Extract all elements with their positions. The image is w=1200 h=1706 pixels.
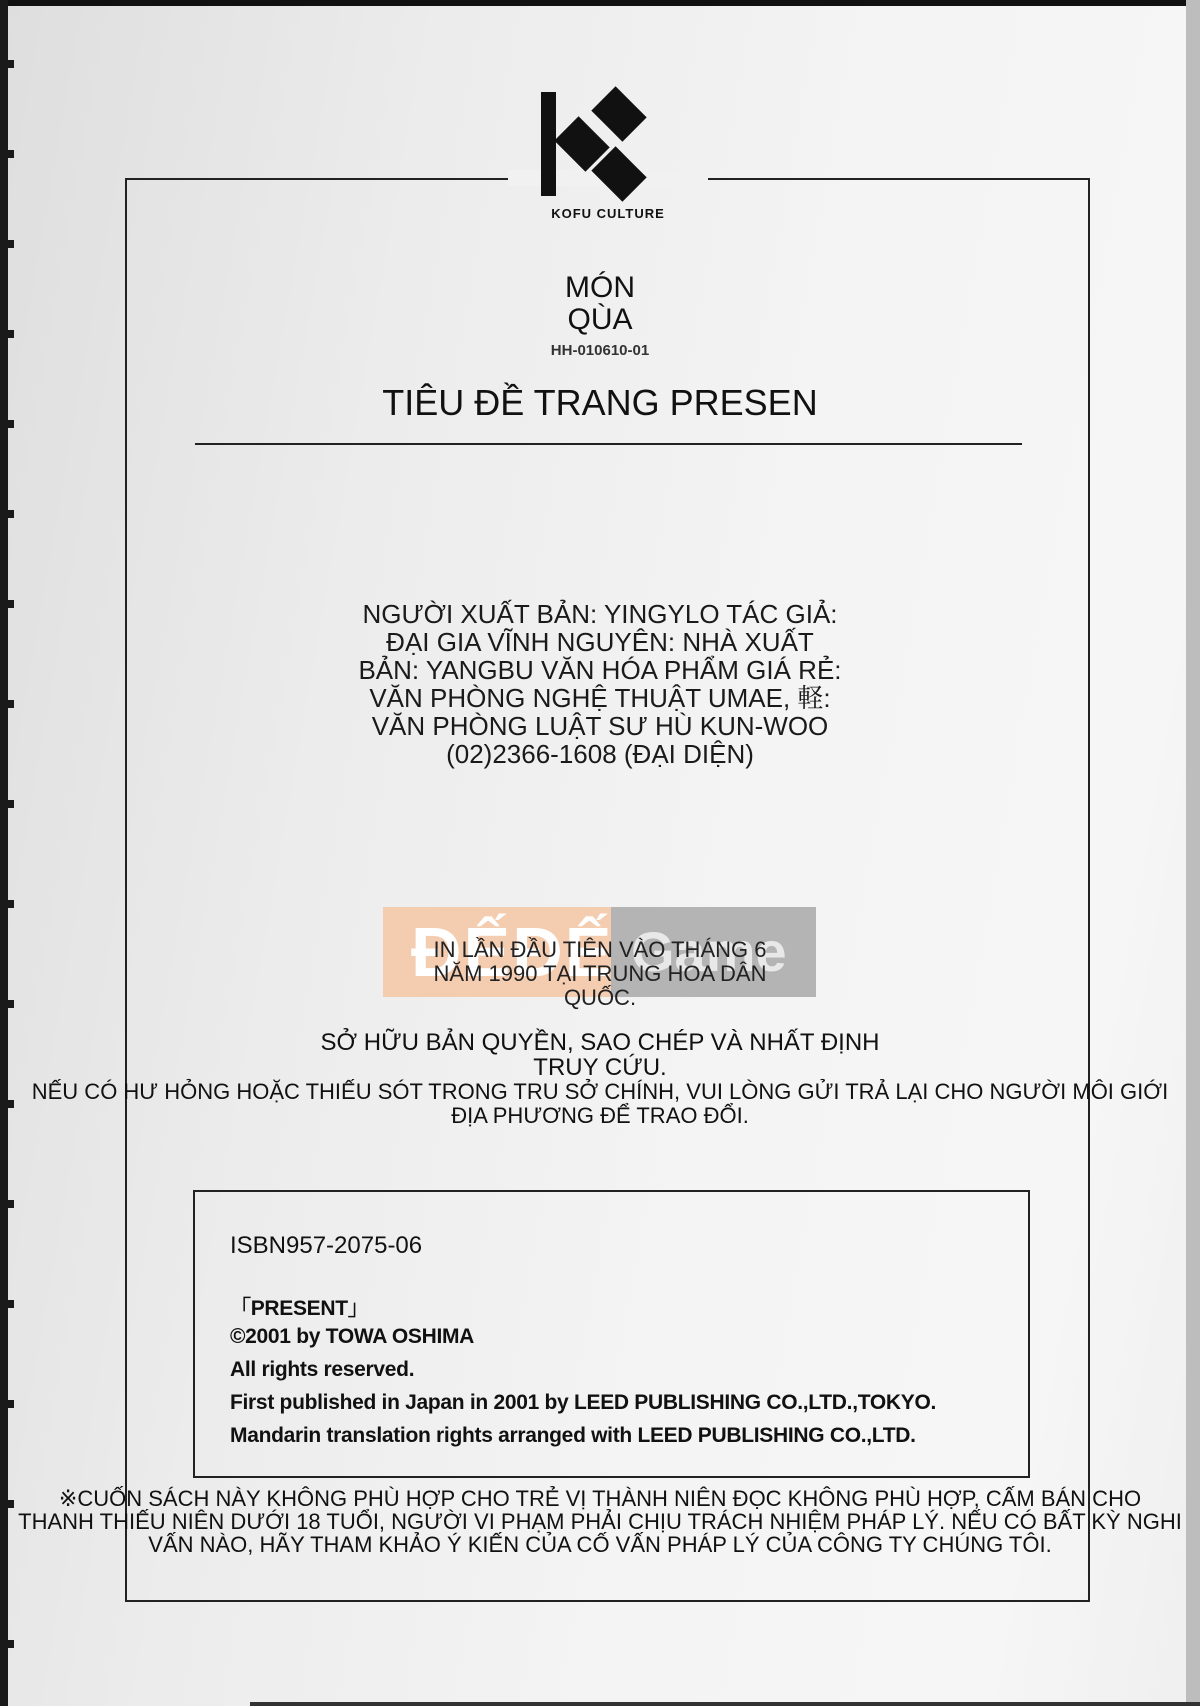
binding-notch xyxy=(0,60,14,68)
damage-line: NẾU CÓ HƯ HỎNG HOẶC THIẾU SÓT TRONG TRU … xyxy=(0,1080,1200,1104)
publisher-line: (02)2366-1608 (ĐẠI DIỆN) xyxy=(0,740,1200,768)
warning-line: VẤN NÀO, HÃY THAM KHẢO Ý KIẾN CỦA CỐ VẤN… xyxy=(0,1533,1200,1556)
binding-notch xyxy=(0,1400,14,1408)
book-title-line-2: QÙA xyxy=(0,304,1200,336)
age-warning: ※CUỐN SÁCH NÀY KHÔNG PHÙ HỢP CHO TRẺ VỊ … xyxy=(0,1487,1200,1556)
translation-rights: Mandarin translation rights arranged wit… xyxy=(230,1424,916,1448)
publisher-block: NGƯỜI XUẤT BẢN: YINGYLO TÁC GIẢ: ĐẠI GIA… xyxy=(0,600,1200,768)
all-rights-reserved: All rights reserved. xyxy=(230,1358,414,1382)
book-code: HH-010610-01 xyxy=(0,342,1200,359)
logo-brand-text: KOFU CULTURE xyxy=(533,206,683,221)
printing-line: NĂM 1990 TẠI TRUNG HOA DÂN xyxy=(0,962,1200,986)
title-divider xyxy=(195,443,1022,445)
publisher-line: NGƯỜI XUẤT BẢN: YINGYLO TÁC GIẢ: xyxy=(0,600,1200,628)
binding-notch xyxy=(0,900,14,908)
work-title: 「PRESENT」 xyxy=(230,1292,369,1322)
book-title-line-1: MÓN xyxy=(0,272,1200,304)
publisher-line: VĂN PHÒNG NGHỆ THUẬT UMAE, 軽: xyxy=(0,684,1200,712)
printing-line: QUỐC. xyxy=(0,986,1200,1010)
scanned-page: KOFU CULTURE MÓN QÙA HH-010610-01 TIÊU Đ… xyxy=(0,0,1200,1706)
copyright-box: ISBN957-2075-06 「PRESENT」 ©2001 by TOWA … xyxy=(193,1190,1030,1478)
publisher-line: VĂN PHÒNG LUẬT SƯ HÙ KUN-WOO xyxy=(0,712,1200,740)
binding-notch xyxy=(0,1640,14,1648)
rights-statement: SỞ HỮU BẢN QUYỀN, SAO CHÉP VÀ NHẤT ĐỊNH … xyxy=(0,1030,1200,1080)
publisher-line: BẢN: YANGBU VĂN HÓA PHẨM GIÁ RẺ: xyxy=(0,656,1200,684)
binding-notch xyxy=(0,240,14,248)
binding-notch xyxy=(0,1300,14,1308)
printing-info: IN LẦN ĐẦU TIÊN VÀO THÁNG 6 NĂM 1990 TẠI… xyxy=(0,938,1200,1010)
binding-notch xyxy=(0,1200,14,1208)
rights-line: TRUY CỨU. xyxy=(0,1055,1200,1080)
binding-notch xyxy=(0,510,14,518)
page-left-edge xyxy=(0,0,8,1706)
damage-notice: NẾU CÓ HƯ HỎNG HOẶC THIẾU SÓT TRONG TRU … xyxy=(0,1080,1200,1128)
warning-line: ※CUỐN SÁCH NÀY KHÔNG PHÙ HỢP CHO TRẺ VỊ … xyxy=(0,1487,1200,1510)
first-published: First published in Japan in 2001 by LEED… xyxy=(230,1391,936,1415)
warning-line: THANH THIẾU NIÊN DƯỚI 18 TUỔI, NGƯỜI VI … xyxy=(0,1510,1200,1533)
page-bottom-edge xyxy=(250,1702,1200,1706)
book-title: MÓN QÙA xyxy=(0,272,1200,336)
damage-line: ĐỊA PHƯƠNG ĐỂ TRAO ĐỔI. xyxy=(0,1104,1200,1128)
binding-notch xyxy=(0,150,14,158)
page-top-edge xyxy=(0,0,1200,6)
page-title: TIÊU ĐỀ TRANG PRESEN xyxy=(0,382,1200,424)
copyright-notice: ©2001 by TOWA OSHIMA xyxy=(230,1325,474,1349)
page-right-edge xyxy=(1186,0,1200,1706)
publisher-line: ĐẠI GIA VĨNH NGUYÊN: NHÀ XUẤT xyxy=(0,628,1200,656)
rights-line: SỞ HỮU BẢN QUYỀN, SAO CHÉP VÀ NHẤT ĐỊNH xyxy=(0,1030,1200,1055)
publisher-logo: KOFU CULTURE xyxy=(533,88,683,228)
printing-line: IN LẦN ĐẦU TIÊN VÀO THÁNG 6 xyxy=(0,938,1200,962)
binding-notch xyxy=(0,800,14,808)
isbn: ISBN957-2075-06 xyxy=(230,1232,422,1260)
